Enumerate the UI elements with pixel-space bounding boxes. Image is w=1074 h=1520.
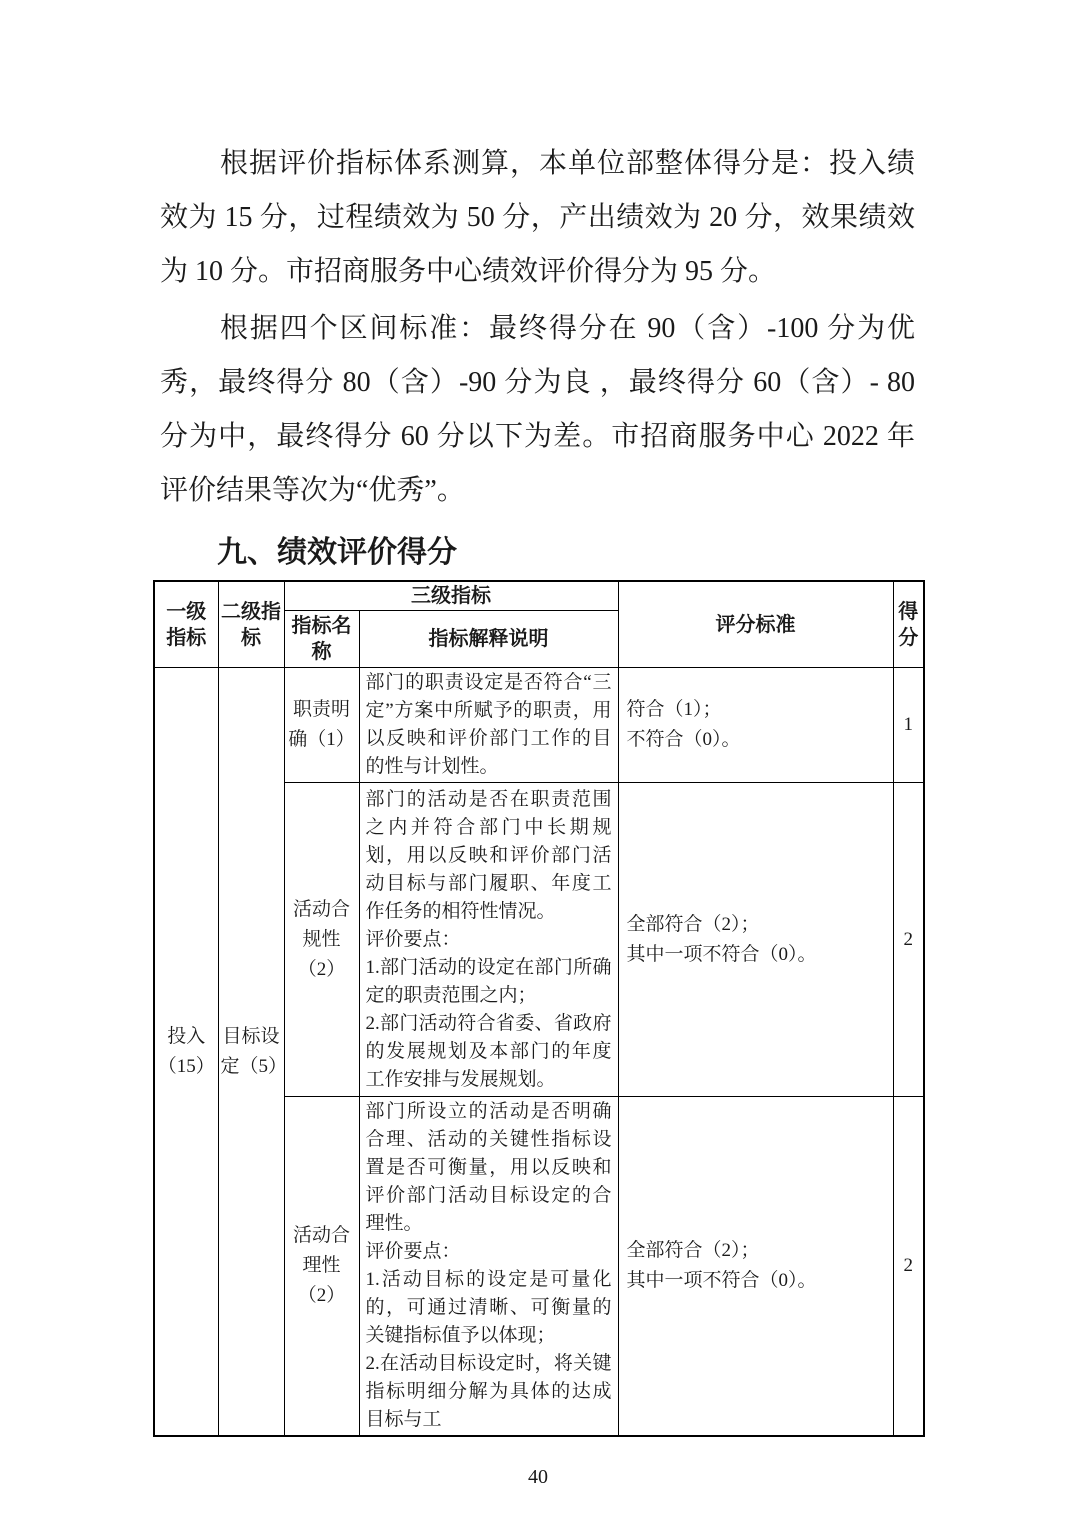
col-header-level1: 一级指标 [154, 581, 218, 668]
document-page: 根据评价指标体系测算，本单位部整体得分是：投入绩效为 15 分，过程绩效为 50… [0, 0, 1074, 1520]
indicator-name-cell: 职责明确（1） [284, 668, 359, 783]
performance-score-table: 一级指标 二级指标 三级指标 评分标准 得分 指标名称 指标解释说明 投入（15… [153, 580, 925, 1437]
indicator-name-cell: 活动合理性（2） [284, 1097, 359, 1437]
page-number: 40 [153, 1465, 923, 1489]
table-row: 投入（15） 目标设定（5） 职责明确（1） 部门的职责设定是否符合“三定”方案… [154, 668, 924, 783]
col-header-scoring-standard: 评分标准 [618, 581, 893, 668]
scoring-standard-cell: 全部符合（2）； 其中一项不符合（0）。 [618, 1097, 893, 1437]
score-cell: 2 [893, 783, 924, 1097]
level1-indicator-cell: 投入（15） [154, 668, 218, 1437]
score-cell: 2 [893, 1097, 924, 1437]
section-heading: 九、绩效评价得分 [153, 531, 923, 575]
col-header-level3: 三级指标 [284, 581, 618, 611]
scoring-standard-cell: 全部符合（2）； 其中一项不符合（0）。 [618, 783, 893, 1097]
indicator-name-cell: 活动合规性（2） [284, 783, 359, 1097]
scoring-standard-cell: 符合（1）； 不符合（0）。 [618, 668, 893, 783]
paragraph-grade-criteria: 根据四个区间标准：最终得分在 90（含）-100 分为优秀，最终得分 80（含）… [160, 302, 915, 518]
table-header-row-1: 一级指标 二级指标 三级指标 评分标准 得分 [154, 581, 924, 611]
col-header-indicator-name: 指标名称 [284, 611, 359, 668]
paragraph-overall-score: 根据评价指标体系测算，本单位部整体得分是：投入绩效为 15 分，过程绩效为 50… [160, 137, 915, 299]
score-cell: 1 [893, 668, 924, 783]
indicator-description-cell: 部门的职责设定是否符合“三定”方案中所赋予的职责，用以反映和评价部门工作的目的性… [359, 668, 618, 783]
col-header-indicator-description: 指标解释说明 [359, 611, 618, 668]
indicator-description-cell: 部门的活动是否在职责范围之内并符合部门中长期规划，用以反映和评价部门活动目标与部… [359, 783, 618, 1097]
indicator-description-cell: 部门所设立的活动是否明确合理、活动的关键性指标设置是否可衡量，用以反映和评价部门… [359, 1097, 618, 1437]
col-header-level2: 二级指标 [218, 581, 284, 668]
page-content: 根据评价指标体系测算，本单位部整体得分是：投入绩效为 15 分，过程绩效为 50… [153, 0, 923, 1489]
level2-indicator-cell: 目标设定（5） [218, 668, 284, 1437]
col-header-score: 得分 [893, 581, 924, 668]
